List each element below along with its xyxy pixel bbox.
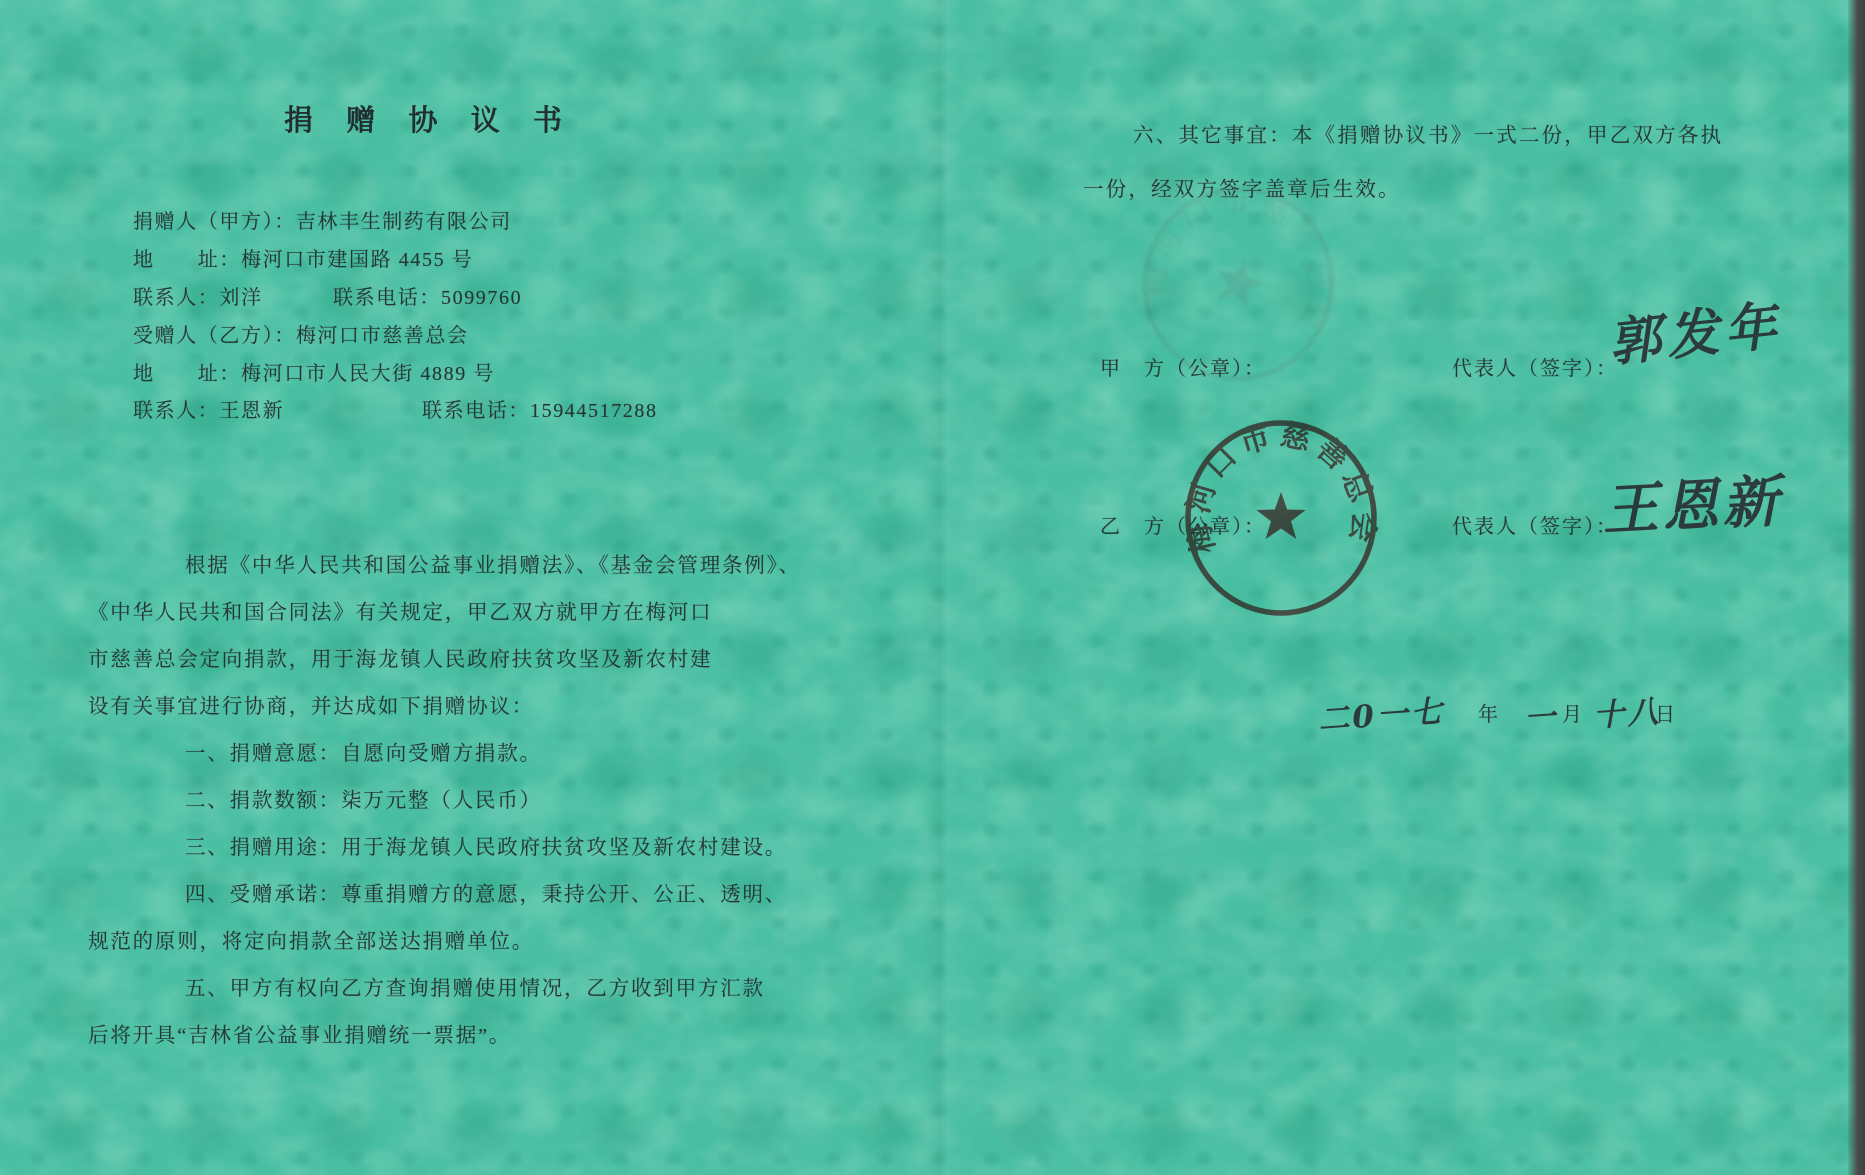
date-month-label: 月: [1562, 698, 1584, 727]
page-fold-shading: [920, 0, 960, 1175]
agreement-body: 根据《中华人民共和国公益事业捐赠法》、《基金会管理条例》、 《中华人民共和国合同…: [88, 543, 808, 1060]
party-b-rep-label: 代表人（签字）：: [1452, 510, 1618, 539]
scan-edge-strip: [1848, 0, 1865, 1175]
body-line: 《中华人民共和国合同法》有关规定，甲乙双方就甲方在梅河口: [88, 590, 808, 637]
recipient-address-label: 地 址：: [133, 363, 241, 385]
donor-address-label: 地 址：: [133, 249, 241, 271]
date-day-label: 日: [1655, 698, 1677, 727]
party-a-rep-label: 代表人（签字）：: [1452, 352, 1618, 381]
party-a-signature: 郭发年: [1605, 283, 1786, 376]
donor-phone-label: 联系电话：: [333, 287, 441, 309]
recipient-name: 梅河口市慈善总会: [296, 325, 469, 347]
date-year-label: 年: [1478, 698, 1500, 727]
recipient-phone: 15944517288: [530, 400, 658, 422]
donation-agreement-scan: { "paper": { "base_color": "#48bea1", "s…: [0, 0, 1865, 1175]
recipient-address: 梅河口市人民大街 4889 号: [241, 363, 495, 385]
body-line: 市慈善总会定向捐款，用于海龙镇人民政府扶贫攻坚及新农村建: [88, 637, 808, 684]
donor-name: 吉林丰生制药有限公司: [296, 211, 512, 233]
recipient-contact-name: 王恩新: [219, 400, 284, 422]
date-day-handwritten: 十八: [1592, 686, 1663, 736]
party-a-seal-label: 甲 方（公章）：: [1100, 352, 1266, 381]
clause-4-cont: 规范的原则，将定向捐款全部送达捐赠单位。: [88, 919, 808, 966]
party-b-seal-label: 乙 方（公章）：: [1100, 510, 1266, 539]
party-b-signature: 王恩新: [1600, 457, 1784, 546]
recipient-contact-line: 联系人：王恩新: [133, 394, 284, 423]
body-line: 根据《中华人民共和国公益事业捐赠法》、《基金会管理条例》、: [88, 543, 808, 590]
clause-3: 三、捐赠用途：用于海龙镇人民政府扶贫攻坚及新农村建设。: [88, 825, 808, 872]
donor-line: 捐赠人（甲方）：吉林丰生制药有限公司: [133, 205, 512, 234]
recipient-line: 受赠人（乙方）：梅河口市慈善总会: [133, 319, 469, 348]
recipient-contact-label: 联系人：: [133, 400, 219, 422]
clause-5: 五、甲方有权向乙方查询捐赠使用情况，乙方收到甲方汇款: [88, 966, 808, 1013]
clause-2: 二、捐款数额：柒万元整（人民币）: [88, 778, 808, 825]
donor-contact-name: 刘洋: [219, 287, 262, 309]
recipient-address-line: 地 址：梅河口市人民大街 4889 号: [133, 357, 495, 386]
ghost-star: [1209, 252, 1269, 311]
donor-phone-group: 联系电话：5099760: [333, 281, 522, 310]
clause-1: 一、捐赠意愿：自愿向受赠方捐款。: [88, 731, 808, 778]
clause-4: 四、受赠承诺：尊重捐赠方的意愿，秉持公开、公正、透明、: [88, 872, 808, 919]
body-line: 设有关事宜进行协商，并达成如下捐赠协议：: [88, 684, 808, 731]
donor-contact-line: 联系人：刘洋: [133, 281, 263, 310]
donor-label: 捐赠人（甲方）：: [133, 211, 296, 233]
recipient-phone-group: 联系电话：15944517288: [422, 394, 658, 423]
donor-phone: 5099760: [441, 287, 522, 309]
donor-address-line: 地 址：梅河口市建国路 4455 号: [133, 243, 473, 272]
donor-address: 梅河口市建国路 4455 号: [241, 249, 473, 271]
date-year-handwritten: 二0一七: [1317, 686, 1446, 740]
clause-5-cont: 后将开具“吉林省公益事业捐赠统一票据”。: [88, 1013, 808, 1060]
clause-6-line1: 六、其它事宜：本《捐赠协议书》一式二份，甲乙双方各执: [1133, 118, 1723, 148]
date-month-handwritten: 一: [1522, 691, 1559, 738]
recipient-label: 受赠人（乙方）：: [133, 325, 296, 347]
document-title: 捐 赠 协 议 书: [284, 98, 575, 139]
donor-contact-label: 联系人：: [133, 287, 219, 309]
recipient-phone-label: 联系电话：: [422, 400, 530, 422]
